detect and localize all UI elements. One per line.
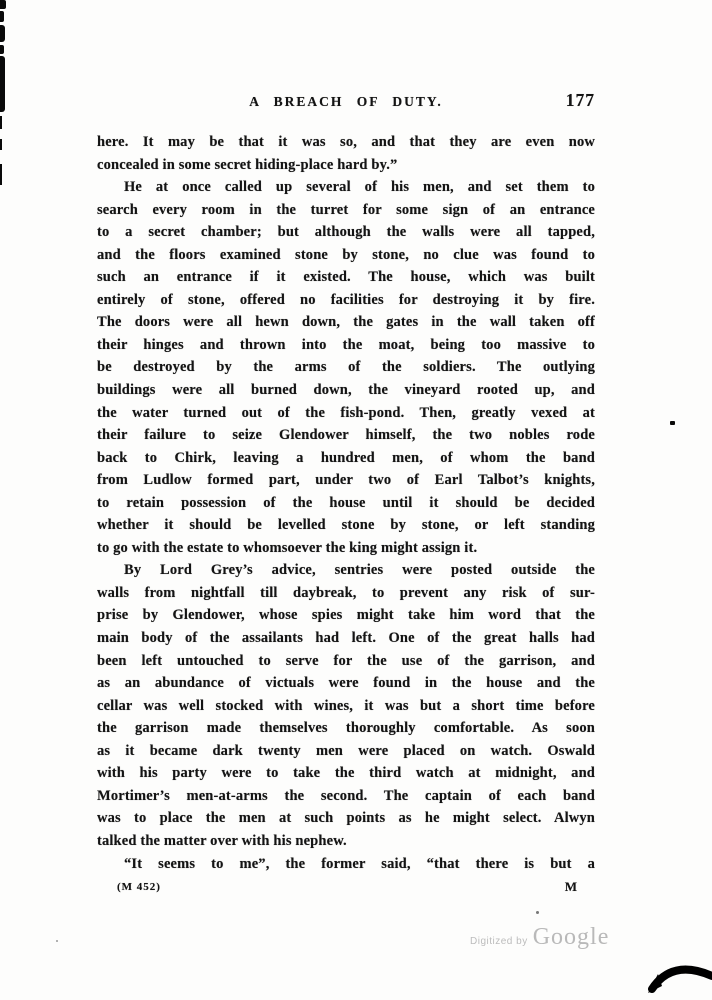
running-header: A BREACH OF DUTY. 177 bbox=[97, 94, 595, 114]
body-text: here. It may be that it was so, and that… bbox=[97, 131, 595, 875]
google-logo: Google bbox=[533, 924, 610, 951]
text-line: Mortimer’s men-at-arms the second. The c… bbox=[97, 785, 595, 808]
text-line: to go with the estate to whomsoever the … bbox=[97, 537, 595, 560]
scan-artifact-crescent bbox=[645, 953, 712, 1000]
text-line: main body of the assailants had left. On… bbox=[97, 627, 595, 650]
scan-artifact-edge bbox=[0, 56, 5, 112]
text-line: talked the matter over with his nephew. bbox=[97, 830, 595, 853]
text-line: whether it should be levelled stone by s… bbox=[97, 514, 595, 537]
text-line: their hinges and thrown into the moat, b… bbox=[97, 334, 595, 357]
text-line: buildings were all burned down, the vine… bbox=[97, 379, 595, 402]
text-line: was to place the men at such points as h… bbox=[97, 807, 595, 830]
text-line: to retain possession of the house until … bbox=[97, 492, 595, 515]
text-line: back to Chirk, leaving a hundred men, of… bbox=[97, 447, 595, 470]
scan-artifact-edge bbox=[0, 25, 5, 42]
text-line: as it became dark twenty men were placed… bbox=[97, 740, 595, 763]
text-line: been left untouched to serve for the use… bbox=[97, 650, 595, 673]
text-line: The doors were all hewn down, the gates … bbox=[97, 311, 595, 334]
text-line: By Lord Grey’s advice, sentries were pos… bbox=[97, 559, 595, 582]
text-line: as an abundance of victuals were found i… bbox=[97, 672, 595, 695]
text-line: cellar was well stocked with wines, it w… bbox=[97, 695, 595, 718]
scan-artifact-speck bbox=[56, 940, 58, 942]
text-line: and the floors examined stone by stone, … bbox=[97, 244, 595, 267]
book-page: A BREACH OF DUTY. 177 here. It may be th… bbox=[0, 0, 712, 1000]
signature-mark: M bbox=[565, 879, 577, 895]
scan-artifact-edge bbox=[0, 139, 2, 150]
text-line: to a secret chamber; but although the wa… bbox=[97, 221, 595, 244]
scan-artifact-speck bbox=[536, 911, 539, 914]
watermark-prefix: Digitized by bbox=[470, 936, 528, 947]
text-line: here. It may be that it was so, and that… bbox=[97, 131, 595, 154]
text-line: He at once called up several of his men,… bbox=[97, 176, 595, 199]
text-line: the water turned out of the fish-pond. T… bbox=[97, 402, 595, 425]
text-line: from Ludlow formed part, under two of Ea… bbox=[97, 469, 595, 492]
page-title: A BREACH OF DUTY. bbox=[97, 94, 595, 110]
page-number: 177 bbox=[566, 90, 595, 111]
scan-artifact-edge bbox=[0, 164, 2, 185]
text-line: search every room in the turret for some… bbox=[97, 199, 595, 222]
text-line: concealed in some secret hiding-place ha… bbox=[97, 154, 595, 177]
text-line: their failure to seize Glendower himself… bbox=[97, 424, 595, 447]
footer-row: (M 452) M bbox=[97, 879, 595, 897]
printers-mark: (M 452) bbox=[117, 881, 161, 893]
scan-artifact-edge bbox=[0, 0, 6, 9]
text-line: such an entrance if it existed. The hous… bbox=[97, 266, 595, 289]
text-line: the garrison made themselves thoroughly … bbox=[97, 717, 595, 740]
text-line: “It seems to me”, the former said, “that… bbox=[97, 853, 595, 876]
text-line: walls from nightfall till daybreak, to p… bbox=[97, 582, 595, 605]
scan-artifact-speck bbox=[670, 421, 675, 425]
google-watermark: Digitized by Google bbox=[470, 924, 609, 951]
text-line: with his party were to take the third wa… bbox=[97, 762, 595, 785]
scan-artifact-edge bbox=[0, 11, 4, 22]
text-line: prise by Glendower, whose spies might ta… bbox=[97, 604, 595, 627]
text-line: be destroyed by the arms of the soldiers… bbox=[97, 356, 595, 379]
scan-artifact-edge bbox=[0, 45, 4, 54]
text-line: entirely of stone, offered no facilities… bbox=[97, 289, 595, 312]
scan-artifact-edge bbox=[0, 116, 2, 129]
